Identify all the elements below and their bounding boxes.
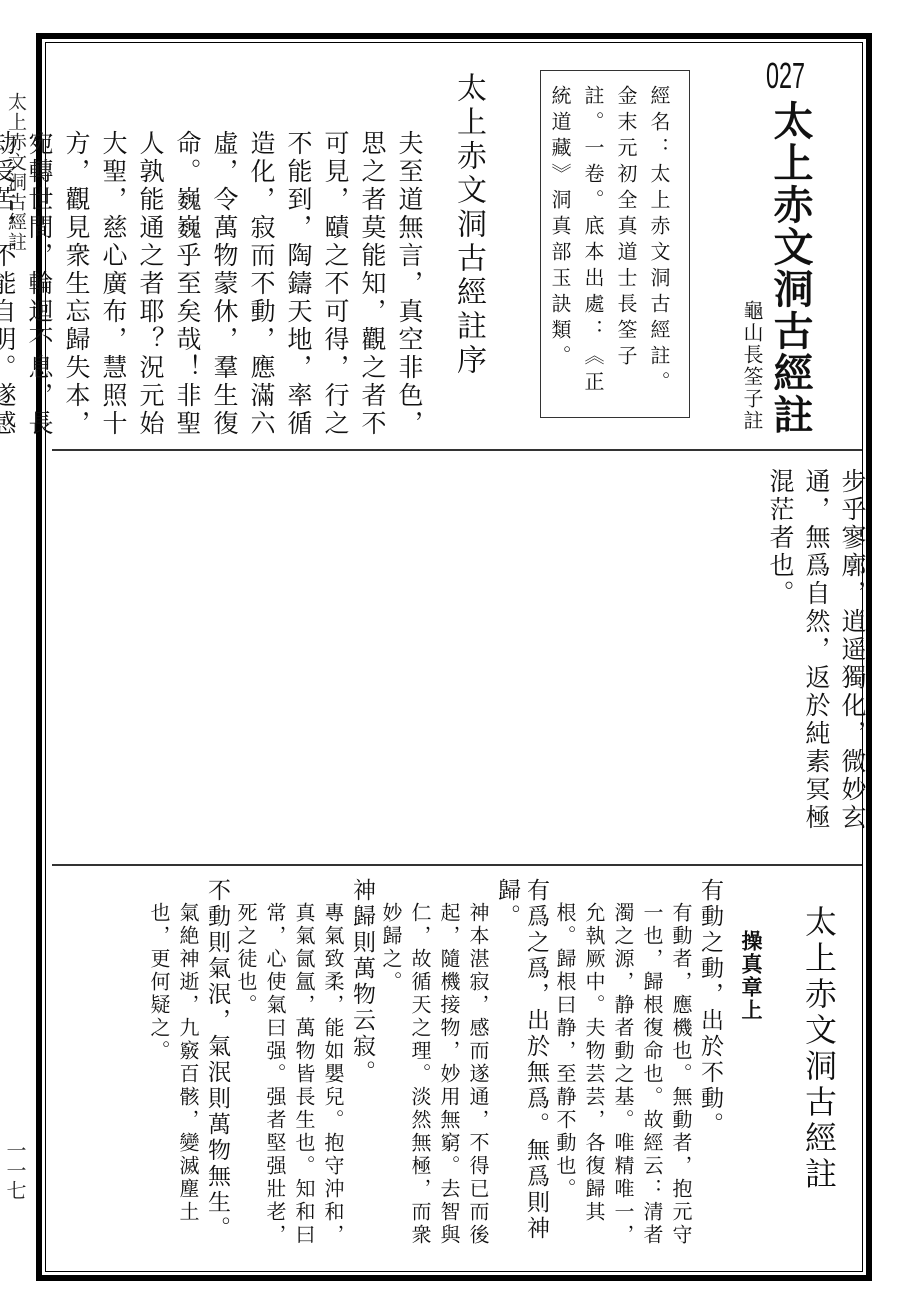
section-divider-bottom [52, 864, 862, 866]
info-box-text: 經名：太上赤文洞古經註。金末元初全真道士長筌子註。一卷。底本出處：《正統道藏》洞… [543, 85, 675, 405]
scripture-line: 有爲之爲，出於無爲。無爲則神歸。 [492, 878, 550, 1268]
commentary-block: 專氣致柔，能如嬰兒。抱守沖和，真氣氤氲，萬物皆長生也。知和曰常，心使氣曰强。强者… [231, 878, 347, 1268]
scripture-line: 不動則氣泯，氣泯則萬物無生。 [202, 878, 231, 1268]
middle-body: 步乎寥廓，逍遥獨化，微妙玄通，無爲自然，返於純素冥極混茫者也。 [790, 468, 870, 848]
page-number: 一一七 [6, 1140, 30, 1200]
author-line: 龜山長筌子註 [738, 300, 767, 432]
section-divider-top [52, 449, 862, 451]
scripture-line: 神歸則萬物云寂。 [347, 878, 376, 1268]
middle-paragraph: 步乎寥廓，逍遥獨化，微妙玄通，無爲自然，返於純素冥極混茫者也。 [762, 468, 870, 848]
section-title: 太上赤文洞古經註 [796, 905, 842, 1193]
preface-paragraph: 夫至道無言，真空非色，思之者莫能知，觀之者不可見，賾之不可得，行之不能到，陶鑄天… [0, 70, 428, 450]
commentary-block: 氣絶神逝，九竅百骸，變滅塵土也，更何疑之。 [144, 878, 202, 1268]
commentary-block: 有動者，應機也。無動者，抱元守一也，歸根復命也。故經云：清者濁之源，静者動之基。… [550, 878, 695, 1268]
preface-title: 太上赤文洞古經註序 [446, 72, 490, 378]
chapter-title: 操真章上 [736, 930, 766, 1022]
bottom-body: 有動之動，出於不動。 有動者，應機也。無動者，抱元守一也，歸根復命也。故經云：清… [64, 878, 724, 1268]
main-title: 太上赤文洞古經註 [768, 100, 812, 436]
scripture-line: 有動之動，出於不動。 [695, 878, 724, 1268]
entry-number: 027 [766, 55, 805, 97]
info-box: 經名：太上赤文洞古經註。金末元初全真道士長筌子註。一卷。底本出處：《正統道藏》洞… [540, 70, 690, 418]
commentary-block: 神本湛寂，感而遂通，不得已而後起，隨機接物，妙用無窮。去智與仁，故循天之理。淡然… [376, 878, 492, 1268]
preface-body: 夫至道無言，真空非色，思之者莫能知，觀之者不可見，賾之不可得，行之不能到，陶鑄天… [58, 70, 428, 450]
